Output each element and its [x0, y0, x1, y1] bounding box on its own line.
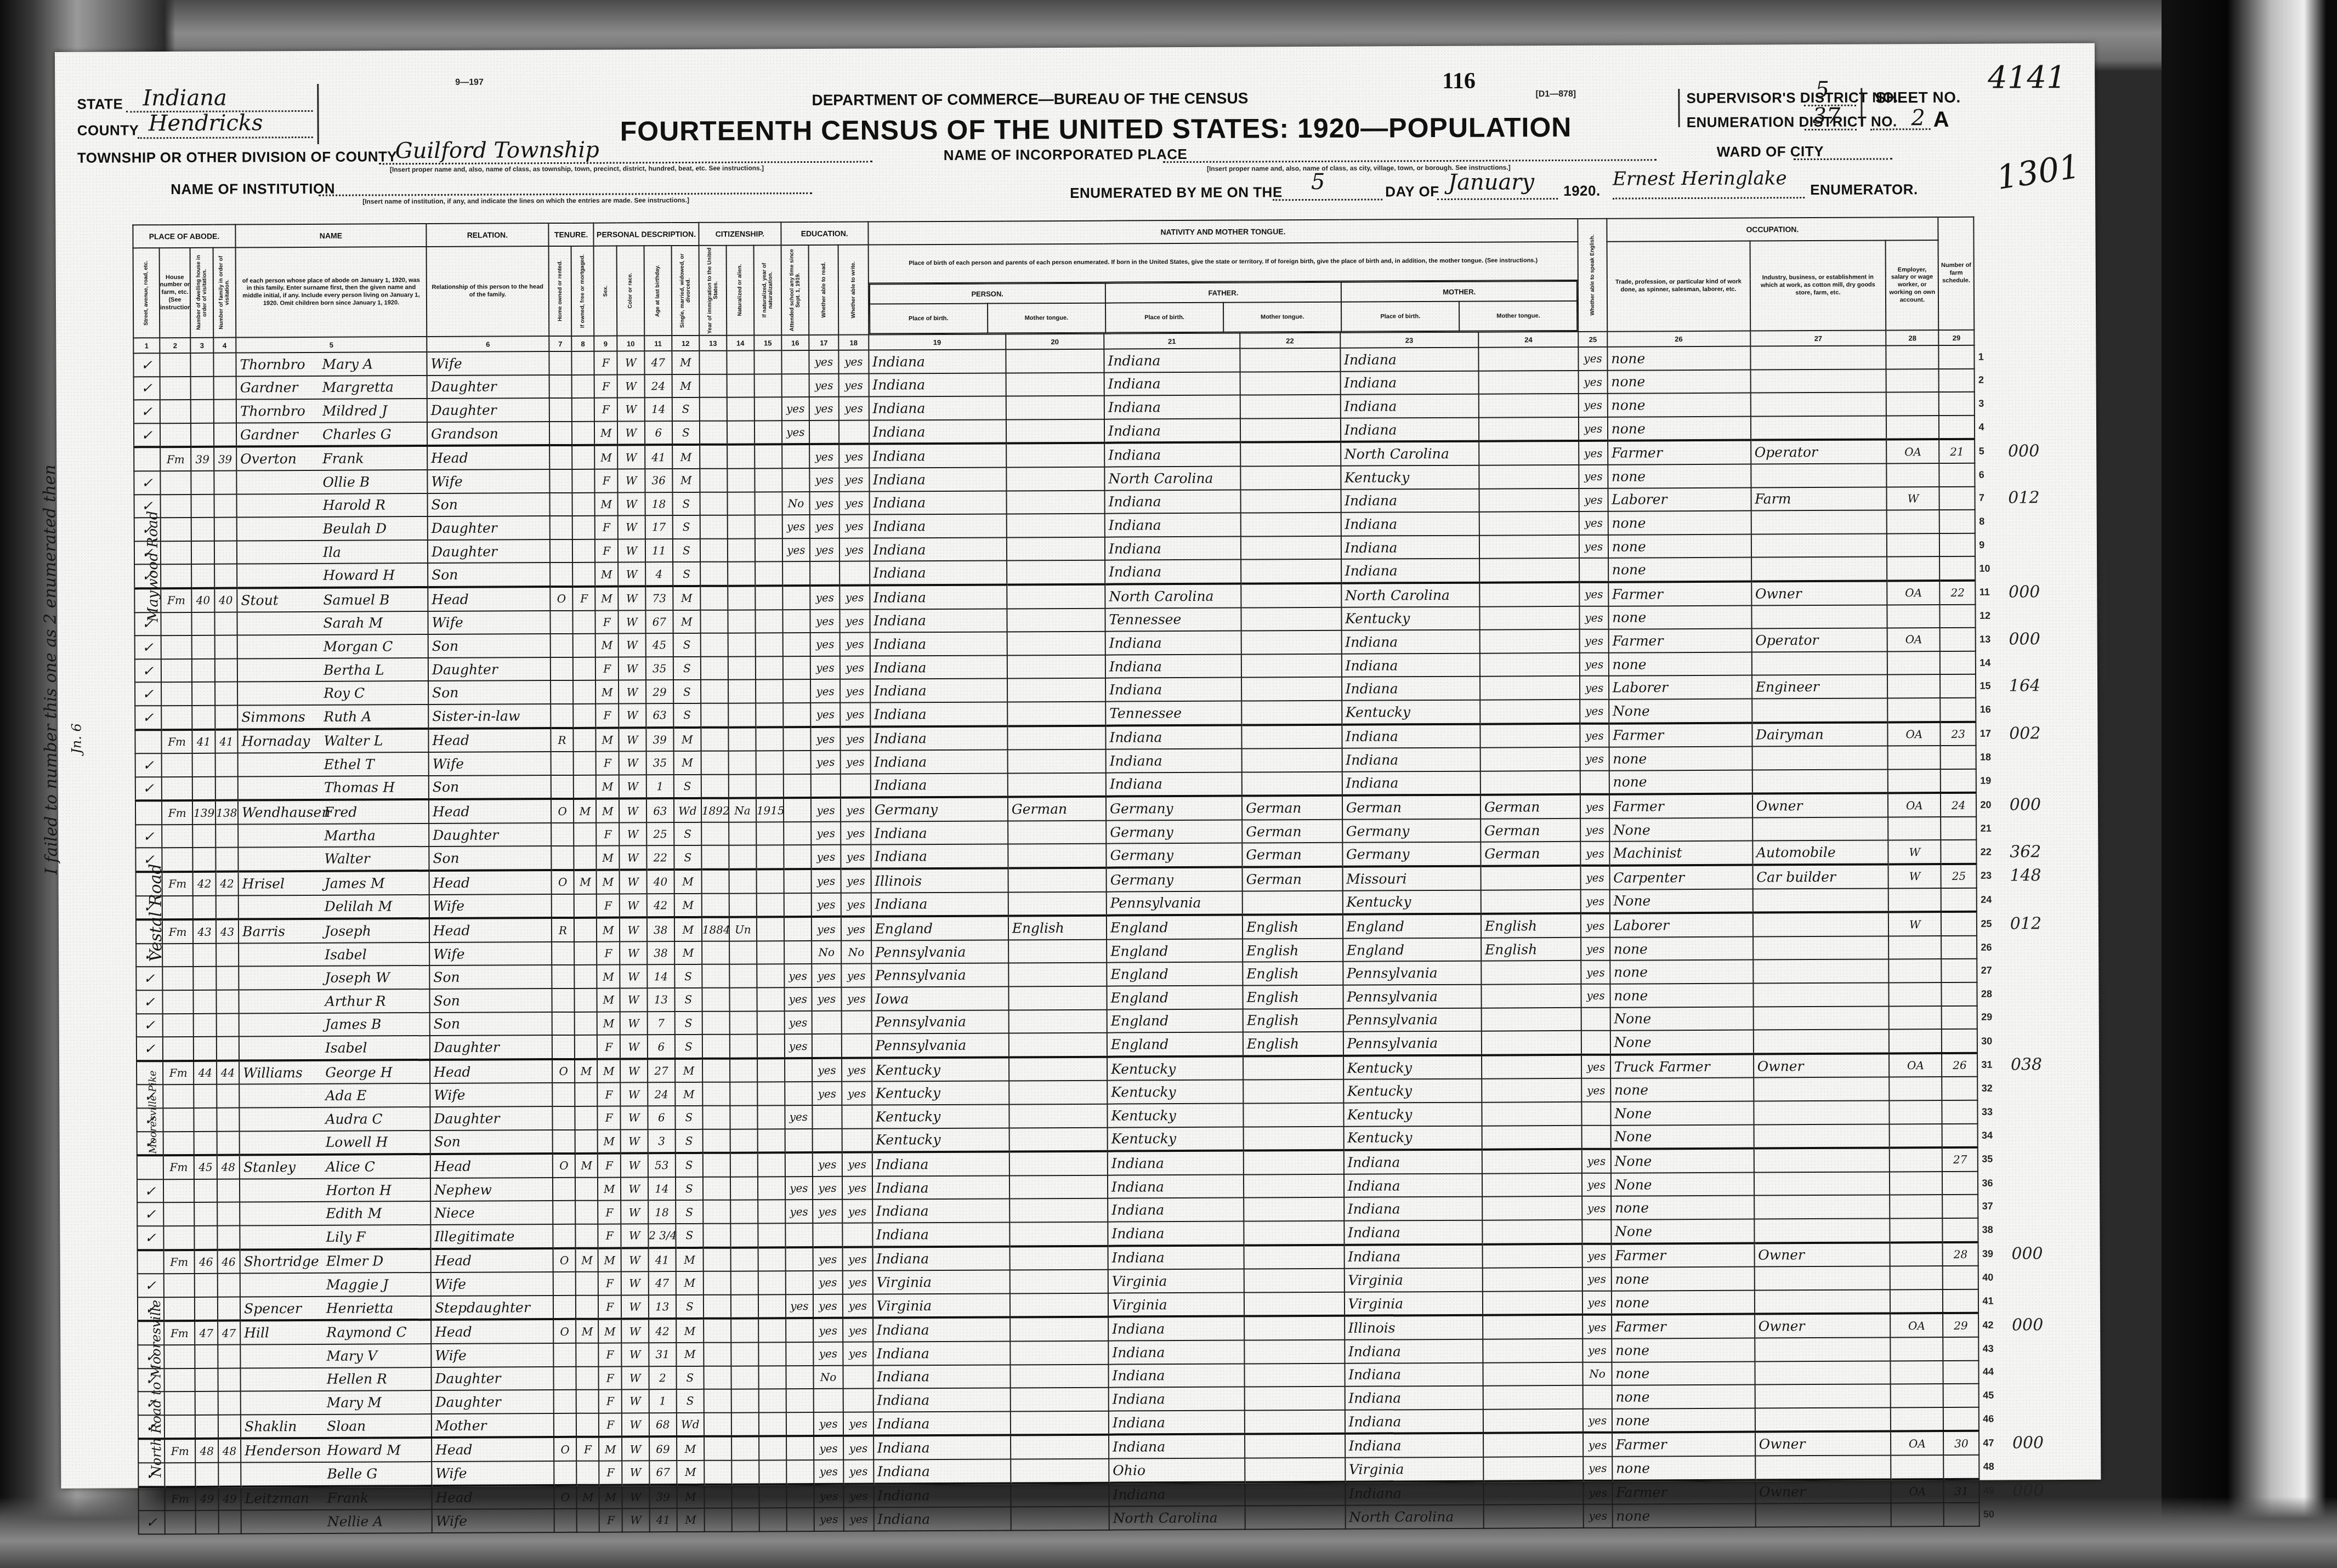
father-birthplace-cell: England [1107, 986, 1243, 1010]
industry-cell [1754, 1266, 1890, 1291]
school-cell [783, 656, 810, 680]
industry-cell: Owner [1751, 581, 1887, 605]
race-cell: W [618, 539, 645, 563]
occupation-cell: None [1610, 1007, 1753, 1031]
father-birthplace-cell: North Carolina [1105, 584, 1241, 609]
family-cell [217, 1274, 240, 1297]
mother-tongue-cell [1006, 443, 1105, 467]
owned-cell [552, 1012, 574, 1036]
mortgage-cell [575, 988, 598, 1012]
line-number: 14 [1976, 651, 2006, 674]
family-cell [216, 943, 239, 967]
immigration-cell [702, 1058, 730, 1082]
margin-annotation: 1301 [1994, 147, 2083, 197]
employer-class-cell [1889, 982, 1942, 1006]
family-cell [215, 682, 238, 706]
mother-birthplace-cell: Virginia [1344, 1268, 1482, 1292]
age-cell: 39 [649, 1485, 677, 1509]
given-name: Martha [324, 827, 376, 843]
industry-cell [1754, 1077, 1890, 1101]
relation-cell: Mother [432, 1413, 554, 1438]
mother-birthplace-cell: Indiana [1340, 417, 1478, 442]
birthplace-cell: Germany [871, 797, 1008, 822]
name-cell: Edith M [240, 1201, 430, 1225]
father-birthplace-cell: Indiana [1104, 418, 1240, 443]
occupation-cell: none [1612, 1361, 1755, 1385]
occupation-code [2007, 982, 2055, 1005]
birthplace-cell: Indiana [872, 1246, 1009, 1271]
surname [243, 1124, 326, 1124]
immigration-cell [701, 703, 728, 728]
employer-class-cell: W [1888, 840, 1941, 864]
occupation-cell: None [1611, 1219, 1754, 1243]
school-cell: yes [784, 987, 812, 1011]
age-cell: 1 [649, 1389, 676, 1413]
relation-cell: Wife [429, 894, 552, 919]
line-number: 11 [1976, 580, 2006, 604]
immigration-cell [701, 727, 728, 751]
father-tongue-cell [1244, 1316, 1345, 1340]
farm-schedule-cell: 31 [1944, 1479, 1979, 1503]
sex-cell: M [595, 563, 619, 587]
farm-schedule-cell [1939, 533, 1975, 556]
industry-cell [1754, 1289, 1890, 1314]
read-cell: yes [809, 444, 839, 468]
birthplace-cell: Illinois [871, 868, 1008, 893]
name-cell: Roy C [237, 681, 428, 705]
name-cell: Horton H [240, 1178, 430, 1202]
naturalized-cell [727, 492, 755, 515]
street-cell: ✓ [134, 423, 160, 447]
age-cell: 11 [645, 539, 673, 563]
mother-mother-tongue-cell [1481, 890, 1581, 914]
column-number: 3 [191, 338, 213, 353]
father-birthplace-cell: Tennessee [1105, 701, 1241, 725]
write-cell: yes [839, 515, 870, 538]
line-number: 23 [1977, 864, 2007, 888]
race-cell: W [618, 610, 645, 634]
mother-mother-tongue-cell [1479, 417, 1579, 441]
mother-birthplace-cell: Indiana [1340, 394, 1478, 418]
surname [244, 1289, 326, 1290]
father-tongue-cell [1241, 701, 1342, 725]
employer-class-cell [1888, 888, 1941, 912]
naturalization-year-cell [756, 703, 783, 727]
industry-cell: Owner [1755, 1431, 1891, 1456]
birthplace-cell: Indiana [870, 702, 1007, 726]
relation-cell: Daughter [428, 516, 550, 540]
surname [243, 1218, 326, 1219]
marital-cell: S [672, 421, 700, 445]
street-cell: ✓ [135, 777, 162, 801]
occupation-code [2004, 391, 2052, 415]
owned-cell [553, 1366, 576, 1390]
occupation-code: 000 [2008, 1242, 2056, 1266]
school-cell [784, 822, 811, 845]
owned-cell [553, 1343, 576, 1367]
read-cell: yes [810, 656, 841, 679]
dwelling-cell [191, 564, 214, 588]
given-name: Walter [324, 851, 370, 867]
occupation-code [2006, 888, 2054, 912]
line-number: 47 [1979, 1431, 2009, 1455]
school-cell [786, 1366, 813, 1389]
naturalized-cell [729, 845, 756, 870]
mortgage-cell [572, 398, 595, 422]
naturalization-year-cell [757, 1129, 785, 1153]
birthplace-cell: Indiana [870, 773, 1007, 798]
relation-cell: Son [430, 1130, 553, 1155]
line-number: 42 [1978, 1313, 2009, 1337]
naturalization-year-cell [759, 1484, 786, 1508]
col-27-industry: Industry, business, or establishment in … [1750, 240, 1886, 331]
relation-cell: Head [430, 1059, 552, 1084]
given-name: Beulah D [323, 520, 387, 537]
employer-class-cell [1891, 1337, 1943, 1361]
write-cell: yes [840, 633, 870, 656]
house-cell [163, 1202, 195, 1226]
relation-cell: Illegitimate [430, 1224, 553, 1249]
race-cell: W [617, 445, 645, 469]
owned-cell [551, 752, 573, 775]
immigration-cell [702, 1035, 730, 1059]
street-cell: ✓ [137, 1108, 163, 1132]
given-name: Lily F [326, 1229, 365, 1245]
family-cell [218, 1297, 241, 1321]
street-cell: ✓ [137, 1014, 163, 1037]
relation-cell: Head [430, 1248, 553, 1273]
write-cell: yes [841, 964, 871, 987]
father-birthplace-cell: Indiana [1105, 513, 1241, 537]
group-relation: Relation. [426, 223, 548, 247]
marital-cell: S [674, 845, 701, 870]
name-cell: HillRaymond C [240, 1320, 431, 1344]
mother-tongue-cell [1007, 655, 1105, 678]
naturalization-year-cell [757, 1082, 785, 1106]
employer-class-cell [1887, 605, 1940, 628]
naturalization-year-cell [754, 350, 781, 374]
speaks-english-cell: yes [1583, 1408, 1612, 1433]
write-cell: yes [839, 373, 869, 397]
farm-schedule-cell [1943, 1360, 1979, 1384]
naturalized-cell [727, 397, 755, 421]
name-cell: Nellie A [241, 1509, 432, 1533]
farm-schedule-cell [1941, 840, 1976, 864]
birthplace-cell: Indiana [871, 892, 1008, 917]
given-name: Joseph W [325, 970, 390, 986]
school-cell [786, 1460, 814, 1484]
family-cell [218, 1391, 241, 1415]
employer-class-cell: OA [1891, 1313, 1943, 1337]
mother-mother-tongue-cell [1479, 629, 1580, 653]
relation-cell: Wife [431, 1272, 553, 1296]
father-birthplace-cell: Indiana [1105, 654, 1241, 678]
house-cell [164, 1274, 195, 1297]
speaks-english-cell: yes [1584, 1457, 1612, 1481]
age-cell: 22 [646, 846, 674, 870]
birthplace-cell: Iowa [871, 986, 1008, 1010]
mother-tongue-cell [1008, 821, 1107, 844]
immigration-cell [703, 1247, 730, 1271]
employer-class-cell [1890, 1147, 1942, 1172]
form-code: [D1—878] [1535, 89, 1576, 99]
relation-cell: Head [431, 1319, 553, 1344]
name-cell: SimmonsRuth A [237, 705, 428, 729]
street-cell: ✓ [139, 1510, 165, 1534]
father-birthplace-cell: Indiana [1105, 678, 1241, 702]
marital-cell: S [674, 1011, 702, 1035]
occupation-code [2007, 959, 2055, 982]
street-cell [135, 730, 161, 754]
speaks-english-cell: yes [1583, 1339, 1612, 1362]
surname [241, 580, 323, 581]
county-label: County [77, 122, 139, 139]
given-name: Sloan [327, 1418, 366, 1434]
school-cell [786, 1436, 814, 1460]
speaks-english-cell: yes [1582, 1291, 1611, 1315]
school-cell [785, 1058, 812, 1082]
line-number: 5 [1975, 439, 2005, 463]
farm-schedule-cell [1940, 698, 1976, 722]
birthplace-cell: Indiana [873, 1411, 1010, 1436]
surname [243, 1006, 325, 1007]
occupation-cell: None [1609, 698, 1752, 723]
relation-cell: Head [429, 870, 551, 895]
father-tongue-cell [1241, 654, 1342, 677]
birthplace-cell: Indiana [869, 396, 1006, 421]
race-cell: W [620, 918, 647, 942]
given-name: Charles G [322, 426, 392, 442]
col-15-naturalization-year: If naturalized, year of naturalization. [753, 245, 781, 335]
race-cell: W [621, 1271, 649, 1295]
street-cell: ✓ [133, 353, 160, 377]
birthplace-cell: Indiana [872, 1222, 1009, 1247]
name-cell: Arthur R [239, 989, 429, 1013]
marital-cell: S [673, 562, 700, 586]
father-birthplace-cell: England [1107, 962, 1243, 986]
age-cell: 41 [649, 1508, 677, 1532]
mother-birthplace-cell: Germany [1342, 842, 1481, 867]
read-cell: yes [810, 586, 840, 610]
surname [241, 698, 324, 698]
occupation-code [2006, 745, 2054, 769]
speaks-english-cell: yes [1584, 1480, 1612, 1504]
race-cell: W [619, 870, 646, 894]
house-cell [162, 777, 193, 801]
name-cell: Audra C [239, 1107, 430, 1131]
sex-cell: F [596, 752, 619, 775]
father-birthplace-cell: Indiana [1109, 1434, 1245, 1459]
township-value: Guilford Township [395, 138, 599, 164]
school-cell [783, 703, 810, 727]
surname [244, 1242, 326, 1242]
name-cell: WendhausenFred [238, 799, 429, 824]
father-tongue-cell [1241, 677, 1342, 701]
group-place-of-abode: Place of abode. [133, 225, 235, 248]
naturalization-year-cell: 1915 [756, 798, 784, 822]
margin-note-top: I failed to number this one as 2 enumera… [40, 464, 61, 874]
father-tongue-cell [1244, 1150, 1344, 1174]
name-cell: BarrisJoseph [239, 918, 429, 943]
naturalized-cell [729, 964, 757, 988]
speaks-english-cell: yes [1580, 629, 1608, 653]
father-tongue-cell [1243, 890, 1343, 914]
father-birthplace-cell: Germany [1107, 867, 1243, 892]
owned-cell [552, 1035, 575, 1059]
street-cell [137, 1061, 163, 1085]
house-cell: Fm [163, 1249, 195, 1274]
owned-cell [554, 1461, 577, 1485]
naturalization-year-cell [756, 727, 783, 751]
birthplace-cell: Indiana [873, 1388, 1010, 1412]
surname [241, 674, 324, 675]
immigration-cell [700, 469, 727, 492]
speaks-english-cell [1581, 1007, 1610, 1031]
birthplace-cell: Indiana [873, 1483, 1011, 1508]
column-number: 24 [1478, 332, 1579, 348]
father-tongue-cell [1245, 1505, 1345, 1529]
surname: Shortridge [244, 1253, 326, 1270]
mother-tongue-cell [1007, 678, 1106, 702]
immigration-cell [701, 751, 728, 775]
relation-cell: Nephew [430, 1178, 553, 1202]
house-cell [163, 1108, 194, 1132]
given-name: Horton H [326, 1182, 392, 1198]
age-cell: 13 [649, 1295, 676, 1319]
mortgage-cell [576, 1390, 599, 1413]
col-14-naturalized: Naturalized or alien. [726, 245, 754, 335]
immigration-cell [700, 633, 728, 657]
dwelling-cell [192, 753, 215, 777]
owned-cell [550, 634, 572, 657]
occupation-cell: none [1609, 770, 1752, 794]
occupation-code [2005, 509, 2052, 533]
mortgage-cell [574, 894, 597, 918]
mother-tongue-cell [1007, 608, 1105, 632]
occupation-cell: Laborer [1608, 487, 1751, 512]
father-tongue-cell: English [1243, 939, 1343, 962]
naturalized-cell: Na [729, 798, 756, 822]
line-number: 33 [1978, 1100, 2008, 1123]
read-cell [811, 774, 841, 798]
naturalization-year-cell [756, 822, 784, 845]
employer-class-cell [1888, 817, 1941, 840]
mother-birthplace-cell: Pennsylvania [1343, 1008, 1481, 1032]
family-cell [215, 776, 238, 800]
marital-cell: M [673, 586, 700, 610]
dwelling-cell [191, 494, 214, 518]
mortgage-cell [574, 728, 597, 752]
occupation-code [2009, 1360, 2056, 1384]
immigration-cell [701, 845, 729, 870]
write-cell: yes [842, 1082, 872, 1105]
employer-class-cell [1887, 674, 1940, 698]
owned-cell [553, 1201, 575, 1224]
sex-cell: F [594, 351, 617, 375]
marital-cell: M [672, 351, 699, 374]
mother-birthplace-cell: Indiana [1345, 1433, 1483, 1458]
father-birthplace-cell: Indiana [1104, 349, 1240, 373]
occupation-cell: None [1609, 817, 1752, 842]
extra-code-gutter [2004, 217, 2052, 345]
occupation-cell: Truck Farmer [1610, 1054, 1754, 1078]
naturalization-year-cell [756, 656, 783, 680]
street-cell: ✓ [134, 518, 161, 541]
line-number: 4 [1975, 415, 2005, 439]
name-cell: Harold R [237, 493, 428, 518]
birthplace-cell: Indiana [870, 561, 1007, 586]
father-birthplace-cell: Indiana [1109, 1387, 1245, 1411]
given-name: Mary M [327, 1394, 382, 1410]
line-number: 12 [1976, 604, 2006, 628]
occupation-code: 000 [2009, 1430, 2057, 1455]
occupation-code [2009, 1383, 2056, 1407]
ward-line [1794, 158, 1892, 160]
industry-cell: Operator [1751, 440, 1887, 464]
naturalization-year-cell [757, 917, 784, 941]
read-cell: yes [812, 964, 842, 987]
mother-mother-tongue-cell [1479, 512, 1579, 535]
sex-cell: F [595, 539, 617, 563]
dwelling-cell [191, 400, 213, 423]
occupation-cell: Farmer [1609, 794, 1752, 819]
birthplace-cell: Kentucky [872, 1081, 1009, 1105]
industry-cell [1755, 1361, 1891, 1385]
column-number: 26 [1607, 331, 1750, 347]
occupation-code [2007, 1100, 2055, 1123]
read-cell: yes [811, 798, 841, 822]
school-cell [784, 869, 811, 893]
dwelling-cell [194, 1131, 217, 1155]
owned-cell [552, 1083, 575, 1106]
owned-cell [551, 846, 574, 870]
line-number: 1 [1975, 345, 2005, 368]
name-cell: Thomas H [238, 776, 429, 800]
race-cell: W [620, 941, 647, 965]
write-cell: yes [843, 1459, 873, 1484]
mother-mother-tongue-cell: German [1481, 819, 1581, 842]
occupation-code [2007, 935, 2055, 959]
mother-tongue-cell: English [1008, 916, 1107, 940]
owned-cell [549, 422, 572, 446]
birthplace-cell: Indiana [869, 467, 1006, 491]
age-cell: 39 [646, 728, 673, 752]
father-tongue-cell: German [1242, 796, 1342, 820]
column-number: 20 [1006, 334, 1104, 350]
month-line [1437, 198, 1558, 200]
surname [241, 628, 324, 628]
owned-cell [549, 374, 571, 398]
marital-cell: M [677, 1436, 704, 1461]
race-cell: W [617, 421, 645, 445]
family-cell [217, 1226, 240, 1250]
father-tongue-cell: German [1242, 820, 1342, 843]
col-7-owned: Home owned or rented. [548, 246, 571, 336]
occupation-cell: none [1608, 558, 1751, 582]
mother-birthplace-cell: Pennsylvania [1343, 1031, 1481, 1056]
col-12-marital: Single, married, widowed, or divorced. [671, 246, 699, 336]
school-cell [784, 845, 811, 869]
surname: Stanley [243, 1159, 326, 1175]
employer-class-cell [1890, 1124, 1942, 1148]
dwelling-cell [195, 1391, 218, 1415]
speaks-english-cell [1580, 558, 1608, 582]
school-cell [784, 917, 812, 941]
surname [242, 959, 325, 960]
birthplace-cell: Indiana [873, 1341, 1010, 1365]
farm-schedule-cell [1941, 959, 1977, 982]
name-cell: ThornbroMildred J [236, 399, 427, 423]
